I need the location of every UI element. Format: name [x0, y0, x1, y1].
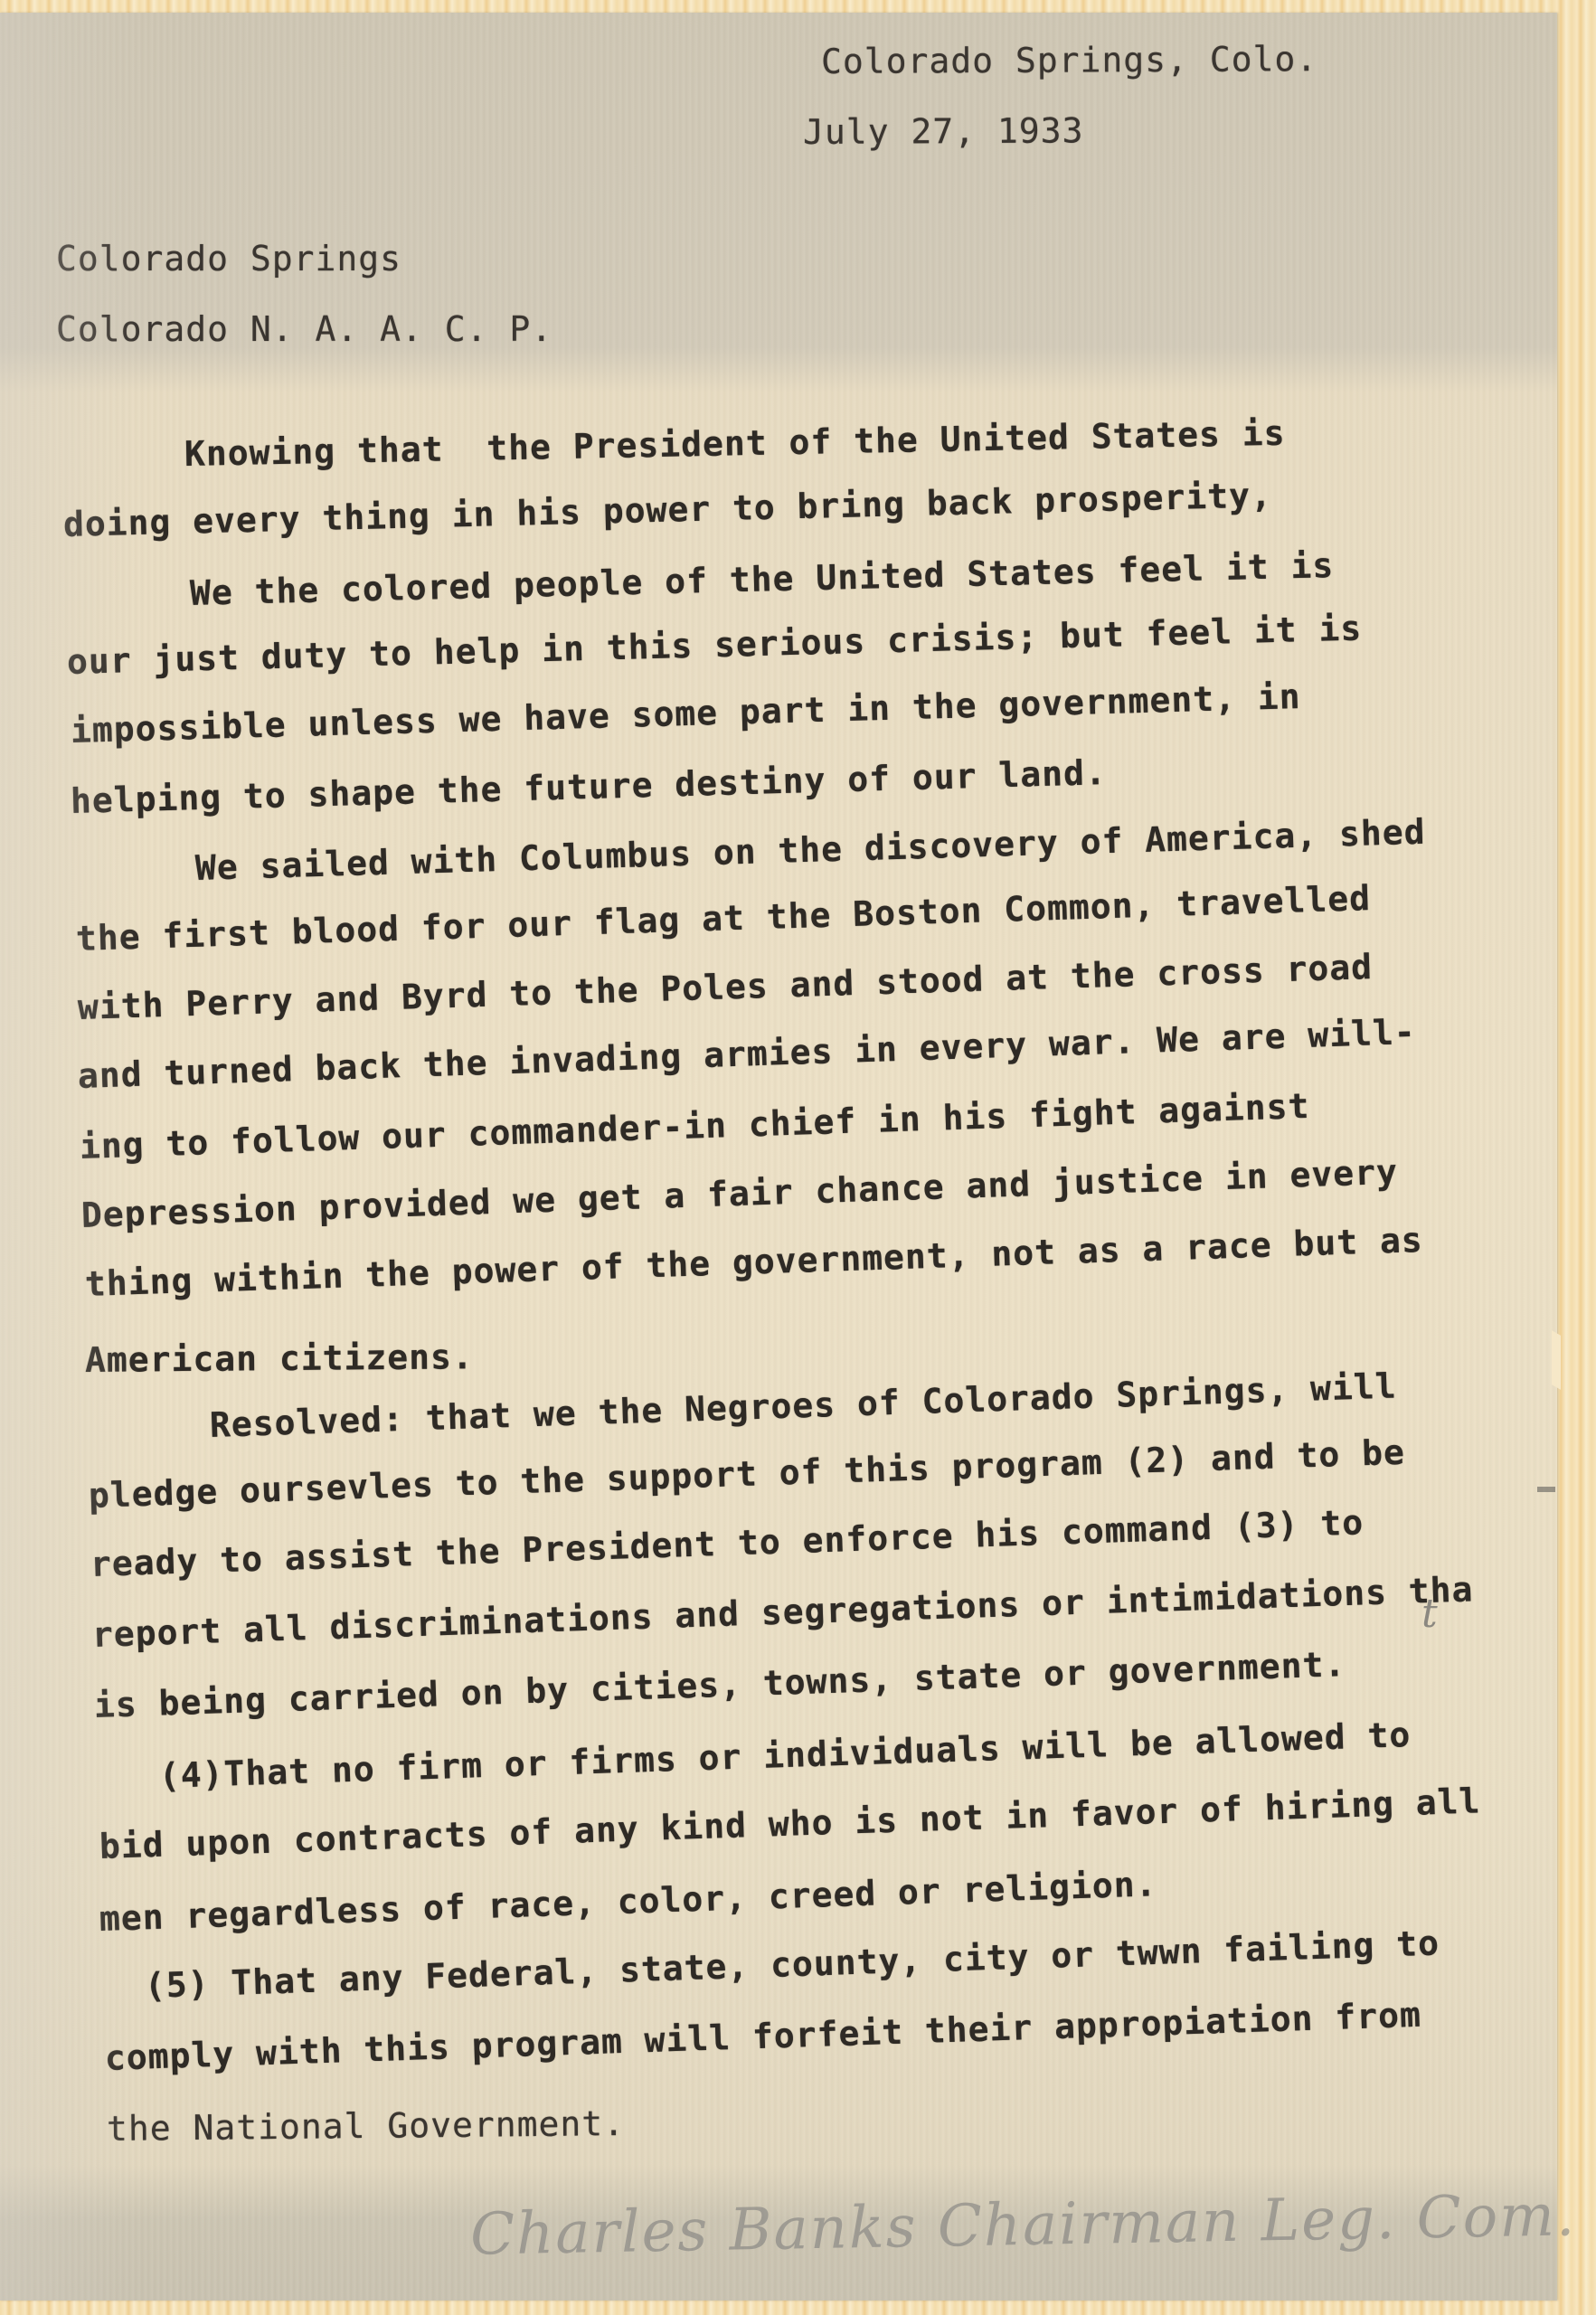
body-line: thing within the power of the government…: [84, 1220, 1423, 1304]
body-line: We sailed with Columbus on the discovery…: [194, 812, 1426, 888]
body-line: Depression provided we get a fair chance…: [80, 1152, 1398, 1235]
body-line: American citizens.: [85, 1337, 474, 1380]
body-line: pledge oursevles to the support of this …: [88, 1432, 1405, 1516]
body-line: and turned back the invading armies in e…: [77, 1012, 1416, 1096]
body-line: the National Government.: [107, 2103, 626, 2149]
body-line: bid upon contracts of any kind who is no…: [99, 1781, 1481, 1866]
handwritten-correction: t: [1421, 1591, 1438, 1637]
body-line: We the colored people of the United Stat…: [189, 545, 1334, 613]
addressee-line-1: Colorado Springs: [56, 239, 401, 279]
letter-page: Colorado Springs, Colo. July 27, 1933 Co…: [0, 13, 1557, 2301]
body-line: doing every thing in his power to bring …: [62, 475, 1272, 544]
body-line: men regardless of race, color, creed or …: [99, 1864, 1157, 1939]
body-line: helping to shape the future destiny of o…: [70, 752, 1107, 821]
paper-tear: [1552, 1330, 1561, 1390]
body-line: comply with this program will forfeit th…: [104, 1995, 1421, 2078]
header-place: Colorado Springs, Colo.: [821, 39, 1317, 81]
addressee-line-2: Colorado N. A. A. C. P.: [56, 309, 552, 349]
body-line: (5) That any Federal, state, county, cit…: [144, 1923, 1440, 2006]
body-line: impossible unless we have some part in t…: [70, 676, 1301, 751]
body-line: Knowing that the President of the United…: [184, 413, 1286, 474]
margin-mark: [1537, 1487, 1555, 1492]
body-line: our just duty to help in this serious cr…: [66, 609, 1362, 682]
signature: Charles Banks Chairman Leg. Com.: [469, 2182, 1576, 2268]
body-line: the first blood for our flag at the Bost…: [75, 878, 1371, 959]
body-line: Resolved: that we the Negroes of Colorad…: [209, 1365, 1397, 1445]
body-line: ing to follow our commander-in chief in …: [79, 1086, 1310, 1167]
header-date: July 27, 1933: [803, 110, 1084, 152]
body-line: (4)That no firm or firms or individuals …: [158, 1715, 1412, 1796]
body-line: ready to assist the President to enforce…: [90, 1502, 1364, 1584]
body-line: is being carried on by cities, towns, st…: [93, 1644, 1346, 1725]
body-line: with Perry and Byrd to the Poles and sto…: [77, 947, 1373, 1027]
body-line: report all discriminations and segregati…: [91, 1569, 1474, 1655]
